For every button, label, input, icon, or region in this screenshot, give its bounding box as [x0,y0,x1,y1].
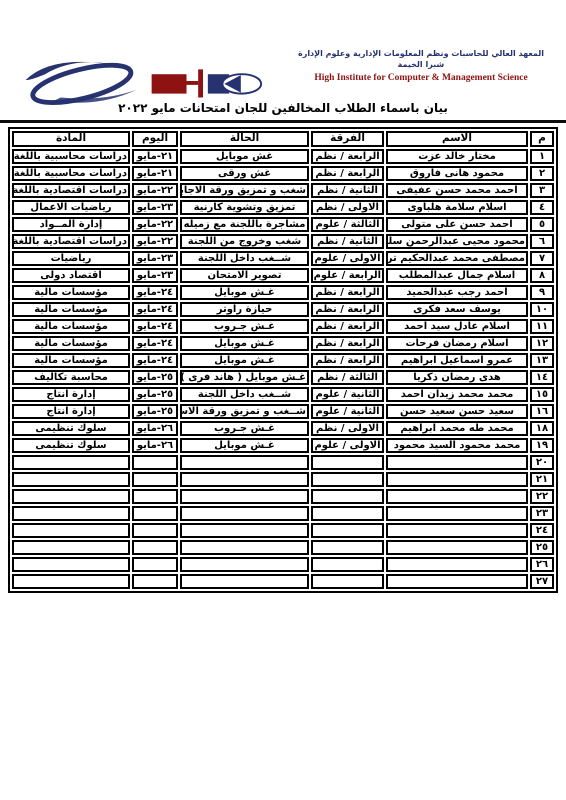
cell-case: غـش موبايل ( هاند فرى ) [180,370,309,385]
column-header-num: م [530,131,554,147]
cell-num: ٢٠ [530,455,554,470]
cell-num: ١٠ [530,302,554,317]
table-row: ٢٠ [12,455,554,470]
table-row: ١١اسلام عادل سيد احمدالرابعة / نظمغـش جـ… [12,319,554,334]
cell-subject [12,472,130,487]
table-row: ٢٤ [12,523,554,538]
cell-case: غـش موبايل [180,353,309,368]
table-row: ٢٦ [12,557,554,572]
cell-grade: الرابعة / علوم [311,268,384,283]
cell-grade: الرابعة / نظم [311,353,384,368]
cell-num: ١٤ [530,370,554,385]
cell-name: هدى رمضان ذكريا [386,370,528,385]
cell-subject: مؤسسات مالية [12,285,130,300]
table-row: ١٠يوسف سعد فكرىالرابعة / نظمحيازة راوتر٢… [12,302,554,317]
cell-case: تمزيق وتشوية كارنية [180,200,309,215]
cell-grade: الثانية / نظم [311,234,384,249]
cell-name: اسلام عادل سيد احمد [386,319,528,334]
cell-grade [311,523,384,538]
cell-name: محمد محمد زيدان احمد [386,387,528,402]
cell-day [132,506,178,521]
cell-case: حيازة راوتر [180,302,309,317]
table-body: ١مختار خالد عزتالرابعة / نظمغش موبايل٢١-… [12,149,554,589]
cell-subject: مؤسسات مالية [12,336,130,351]
cell-name: سعيد حسن سعيد حسن [386,404,528,419]
table-row: ٦محمود محيى عبدالرحمن سليمالثانية / نظمش… [12,234,554,249]
cell-grade: الثانية / علوم [311,387,384,402]
cell-grade [311,574,384,589]
cell-subject: دراسات محاسبية باللغة [12,166,130,181]
cell-case: مشاجرة باللجنة مع زميله [180,217,309,232]
table-row: ٣احمد محمد حسن عفيفىالثانية / نظمشغب و ت… [12,183,554,198]
cell-num: ٢ [530,166,554,181]
cell-day [132,472,178,487]
cell-grade: الاولى / نظم [311,421,384,436]
cell-day: ٢٣-مايو [132,268,178,283]
cell-day: ٢١-مايو [132,149,178,164]
cell-day: ٢٣-مايو [132,200,178,215]
table-row: ٥احمد حسن على متولىالثالثة / علوممشاجرة … [12,217,554,232]
cell-day: ٢٤-مايو [132,285,178,300]
institute-branch-arabic: شبرا الخيمة [278,60,564,71]
cell-subject [12,557,130,572]
cell-num: ٢٤ [530,523,554,538]
title-underline [0,120,566,123]
cell-case [180,489,309,504]
cell-subject: إدارة المــواد [12,217,130,232]
cell-num: ٦ [530,234,554,249]
cell-grade: الاولى / نظم [311,200,384,215]
institute-name-english: High Institute for Computer & Management… [278,72,564,85]
cell-name: اسلام جمال عبدالمطلب [386,268,528,283]
institute-identity: المعهد العالي للحاسبات ونظم المعلومات ال… [278,49,564,84]
cell-num: ٢٧ [530,574,554,589]
table-row: ٩احمد رجب عبدالحميدالرابعة / نظمغـش موبا… [12,285,554,300]
cell-subject: إدارة انتاج [12,404,130,419]
cell-subject [12,506,130,521]
cell-case [180,574,309,589]
cell-case: تصوير الامتحان [180,268,309,283]
cell-day [132,540,178,555]
cell-num: ٧ [530,251,554,266]
cell-num: ١١ [530,319,554,334]
cell-case: غـش موبايل [180,438,309,453]
table-row: ١٢اسلام رمضان فرحاتالرابعة / نظمغـش موبا… [12,336,554,351]
cell-grade: الرابعة / نظم [311,166,384,181]
cell-num: ٤ [530,200,554,215]
cell-case: شــغب داخل اللجنة [180,251,309,266]
cell-num: ٨ [530,268,554,283]
cell-subject: رياضيات الاعمال [12,200,130,215]
cell-num: ١٩ [530,438,554,453]
cell-case: غـش موبايل [180,285,309,300]
cell-name [386,472,528,487]
cell-subject: إدارة انتاج [12,387,130,402]
column-header-case: الحالة [180,131,309,147]
cell-num: ١٣ [530,353,554,368]
cell-grade [311,506,384,521]
cell-grade: الرابعة / نظم [311,336,384,351]
cell-num: ٢٢ [530,489,554,504]
table-row: ١٥محمد محمد زيدان احمدالثانية / علومشــغ… [12,387,554,402]
cell-name [386,557,528,572]
table-row: ٧مصطفى محمد عبدالحكيم تركىالاولى / علومش… [12,251,554,266]
cell-num: ٢٥ [530,540,554,555]
table-row: ٢٥ [12,540,554,555]
cell-day: ٢٣-مايو [132,251,178,266]
cell-grade [311,489,384,504]
cell-grade: الثالثة / نظم [311,370,384,385]
cell-name: محمود محيى عبدالرحمن سليم [386,234,528,249]
cell-case: شــغب داخل اللجنة [180,387,309,402]
cell-subject: مؤسسات مالية [12,319,130,334]
cell-name [386,489,528,504]
cell-num: ٢١ [530,472,554,487]
cell-num: ٥ [530,217,554,232]
table-row: ٢محمود هانى فاروقالرابعة / نظمغش ورقى٢١-… [12,166,554,181]
cell-subject [12,523,130,538]
cell-subject [12,489,130,504]
cell-day [132,574,178,589]
cell-grade: الرابعة / نظم [311,285,384,300]
cell-day: ٢٤-مايو [132,336,178,351]
table-row: ١مختار خالد عزتالرابعة / نظمغش موبايل٢١-… [12,149,554,164]
cell-subject: مؤسسات مالية [12,302,130,317]
cell-num: ١٨ [530,421,554,436]
cell-subject [12,455,130,470]
cell-day: ٢٥-مايو [132,404,178,419]
table-row: ٢٧ [12,574,554,589]
cell-grade: الرابعة / نظم [311,319,384,334]
table-row: ٨اسلام جمال عبدالمطلبالرابعة / علومتصوير… [12,268,554,283]
cell-grade: الثالثة / علوم [311,217,384,232]
cell-name [386,540,528,555]
table-row: ٢١ [12,472,554,487]
document-page: المعهد العالي للحاسبات ونظم المعلومات ال… [0,0,566,800]
cell-name: مختار خالد عزت [386,149,528,164]
cell-grade: الثانية / علوم [311,404,384,419]
cell-case [180,523,309,538]
cell-name: عمرو اسماعيل ابراهيم [386,353,528,368]
cell-name: مصطفى محمد عبدالحكيم تركى [386,251,528,266]
cell-num: ١٢ [530,336,554,351]
cell-name: يوسف سعد فكرى [386,302,528,317]
cell-grade: الرابعة / نظم [311,302,384,317]
cell-case: غش ورقى [180,166,309,181]
cell-case: شــغب و تمزيق ورقة الاسئلة [180,404,309,419]
cell-case: شغب و تمزيق ورقة الاجابة [180,183,309,198]
table-row: ٤اسلام سلامة هلباوىالاولى / نظمتمزيق وتش… [12,200,554,215]
cell-case: شغب وخروج من اللجنة [180,234,309,249]
cell-subject: دراسات محاسبية باللغة [12,149,130,164]
cell-subject [12,574,130,589]
cell-grade: الاولى / علوم [311,438,384,453]
table-row: ١٩محمد محمود السيد محمودالاولى / علومغـش… [12,438,554,453]
cell-num: ٢٦ [530,557,554,572]
cell-num: ١٦ [530,404,554,419]
cell-case: غـش جـروب [180,421,309,436]
cell-grade [311,455,384,470]
cell-subject: رياضيات [12,251,130,266]
cell-grade [311,472,384,487]
cell-name [386,506,528,521]
cell-subject: سلوك تنظيمى [12,438,130,453]
cell-day: ٢٦-مايو [132,438,178,453]
cell-name: احمد رجب عبدالحميد [386,285,528,300]
cell-case [180,557,309,572]
cell-subject: اقتصاد دولى [12,268,130,283]
column-header-subject: المادة [12,131,130,147]
cell-day: ٢٤-مايو [132,302,178,317]
cell-day [132,523,178,538]
cell-day: ٢٥-مايو [132,387,178,402]
cell-name: اسلام سلامة هلباوى [386,200,528,215]
column-header-day: اليوم [132,131,178,147]
cell-num: ١ [530,149,554,164]
cell-name: محمد محمود السيد محمود [386,438,528,453]
cell-num: ٩ [530,285,554,300]
cell-grade: الرابعة / نظم [311,149,384,164]
cell-grade [311,540,384,555]
cell-day [132,557,178,572]
cell-name: احمد محمد حسن عفيفى [386,183,528,198]
cell-subject: دراسات اقتصادية باللغة [12,183,130,198]
cell-grade: الثانية / نظم [311,183,384,198]
cell-subject: سلوك تنظيمى [12,421,130,436]
cell-num: ١٥ [530,387,554,402]
cell-subject: مؤسسات مالية [12,353,130,368]
cell-subject: محاسبة تكاليف [12,370,130,385]
cell-name: احمد حسن على متولى [386,217,528,232]
cell-subject [12,540,130,555]
institute-name-arabic: المعهد العالي للحاسبات ونظم المعلومات ال… [278,49,564,60]
cell-day: ٢١-مايو [132,166,178,181]
table-row: ١٦سعيد حسن سعيد حسنالثانية / علومشــغب و… [12,404,554,419]
cell-case: غـش موبايل [180,336,309,351]
page-title: بيان باسماء الطلاب المخالفين للجان امتحا… [0,101,566,115]
cell-name: محمد طه محمد ابراهيم [386,421,528,436]
cell-day: ٢٤-مايو [132,319,178,334]
table-row: ٢٣ [12,506,554,521]
cell-day: ٢٢-مايو [132,234,178,249]
cell-day: ٢٥-مايو [132,370,178,385]
table-row: ٢٢ [12,489,554,504]
cell-case [180,455,309,470]
column-header-grade: الفرقة [311,131,384,147]
cell-case: غش موبايل [180,149,309,164]
cell-name [386,574,528,589]
cell-name: محمود هانى فاروق [386,166,528,181]
cell-num: ٣ [530,183,554,198]
cell-case [180,472,309,487]
cell-day: ٢٢-مايو [132,217,178,232]
cell-subject: دراسات اقتصادية باللغة [12,234,130,249]
cell-grade [311,557,384,572]
cell-day [132,455,178,470]
cell-num: ٢٣ [530,506,554,521]
violations-table: مالاسمالفرقةالحالةاليومالمادة ١مختار خال… [8,127,558,593]
cell-day: ٢٦-مايو [132,421,178,436]
cell-day: ٢٤-مايو [132,353,178,368]
cell-case [180,540,309,555]
cell-name [386,455,528,470]
cell-case: غـش جـروب [180,319,309,334]
column-header-name: الاسم [386,131,528,147]
cell-case [180,506,309,521]
table-row: ١٣عمرو اسماعيل ابراهيمالرابعة / نظمغـش م… [12,353,554,368]
cell-day [132,489,178,504]
table-header-row: مالاسمالفرقةالحالةاليومالمادة [12,131,554,147]
table-row: ١٤هدى رمضان ذكرياالثالثة / نظمغـش موبايل… [12,370,554,385]
cell-name [386,523,528,538]
cell-name: اسلام رمضان فرحات [386,336,528,351]
table-row: ١٨محمد طه محمد ابراهيمالاولى / نظمغـش جـ… [12,421,554,436]
cell-day: ٢٢-مايو [132,183,178,198]
cell-grade: الاولى / علوم [311,251,384,266]
